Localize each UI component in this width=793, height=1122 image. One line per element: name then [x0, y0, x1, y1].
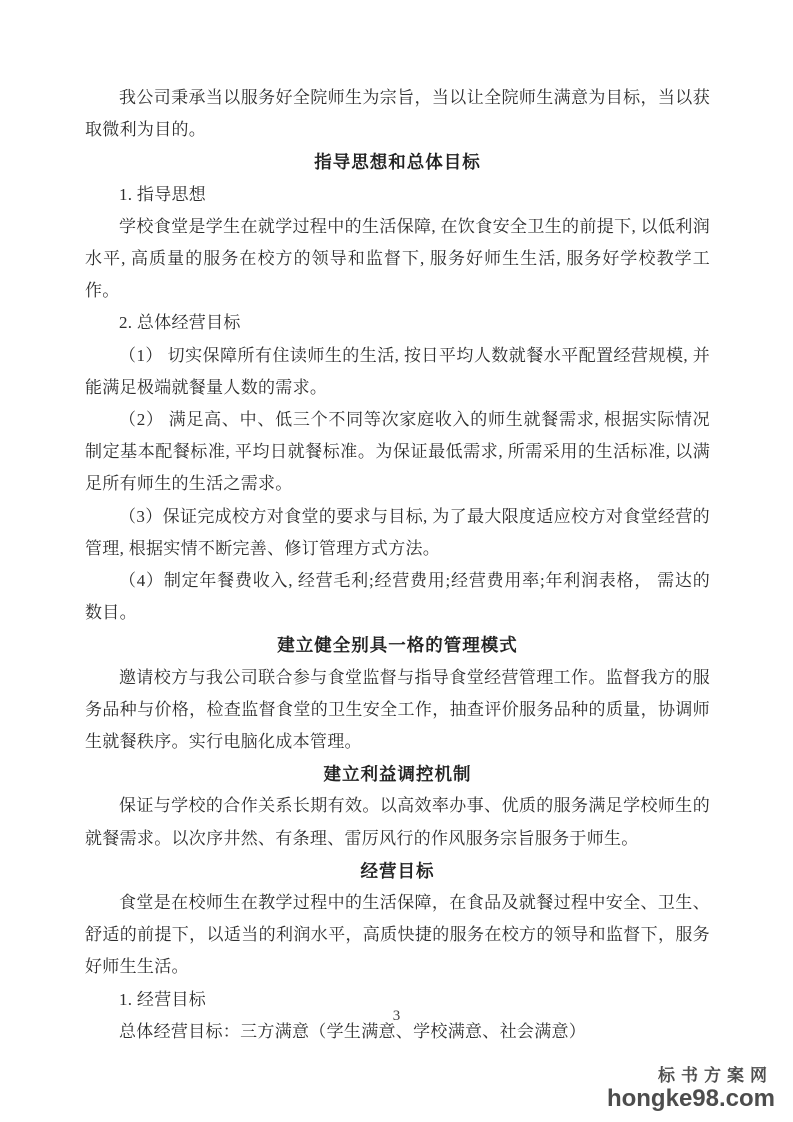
paragraph-sub-4: （4）制定年餐费收入, 经营毛利;经营费用;经营费用率;年利润表格， 需达的数目…	[85, 565, 710, 629]
watermark: 标书方案网 hongke98.com	[607, 1067, 775, 1112]
paragraph-sub-3: （3）保证完成校方对食堂的要求与目标, 为了最大限度适应校方对食堂经营的管理, …	[85, 501, 710, 565]
paragraph-management-body: 邀请校方与我公司联合参与食堂监督与指导食堂经营管理工作。监督我方的服务品种与价格…	[85, 662, 710, 759]
watermark-domain: hongke98.com	[607, 1086, 775, 1112]
watermark-site-name: 标书方案网	[607, 1067, 773, 1086]
document-body: 我公司秉承当以服务好全院师生为宗旨，当以让全院师生满意为目标，当以获取微利为目的…	[85, 82, 710, 1048]
heading-business-goals: 经营目标	[85, 855, 710, 887]
paragraph-sub-2: （2） 满足高、中、低三个不同等次家庭收入的师生就餐需求, 根据实际情况制定基本…	[85, 404, 710, 501]
heading-guiding-principles: 指导思想和总体目标	[85, 146, 710, 178]
paragraph-item-2: 2. 总体经营目标	[85, 307, 710, 339]
paragraph-goals-body: 食堂是在校师生在教学过程中的生活保障，在食品及就餐过程中安全、卫生、舒适的前提下…	[85, 887, 710, 984]
paragraph-item-1: 1. 指导思想	[85, 179, 710, 211]
heading-management-model: 建立健全别具一格的管理模式	[85, 629, 710, 661]
paragraph-sub-1: （1） 切实保障所有住读师生的生活, 按日平均人数就餐水平配置经营规模, 并能满…	[85, 340, 710, 404]
paragraph-guiding-body: 学校食堂是学生在就学过程中的生活保障, 在饮食安全卫生的前提下, 以低利润水平,…	[85, 211, 710, 308]
paragraph-benefit-body: 保证与学校的合作关系长期有效。以高效率办事、优质的服务满足学校师生的就餐需求。以…	[85, 790, 710, 854]
scanned-document-page: { "document": { "blocks": [ { "type": "p…	[0, 0, 793, 1122]
heading-benefit-mechanism: 建立利益调控机制	[85, 758, 710, 790]
paragraph-intro: 我公司秉承当以服务好全院师生为宗旨，当以让全院师生满意为目标，当以获取微利为目的…	[85, 82, 710, 146]
page-number: 3	[0, 1002, 793, 1030]
